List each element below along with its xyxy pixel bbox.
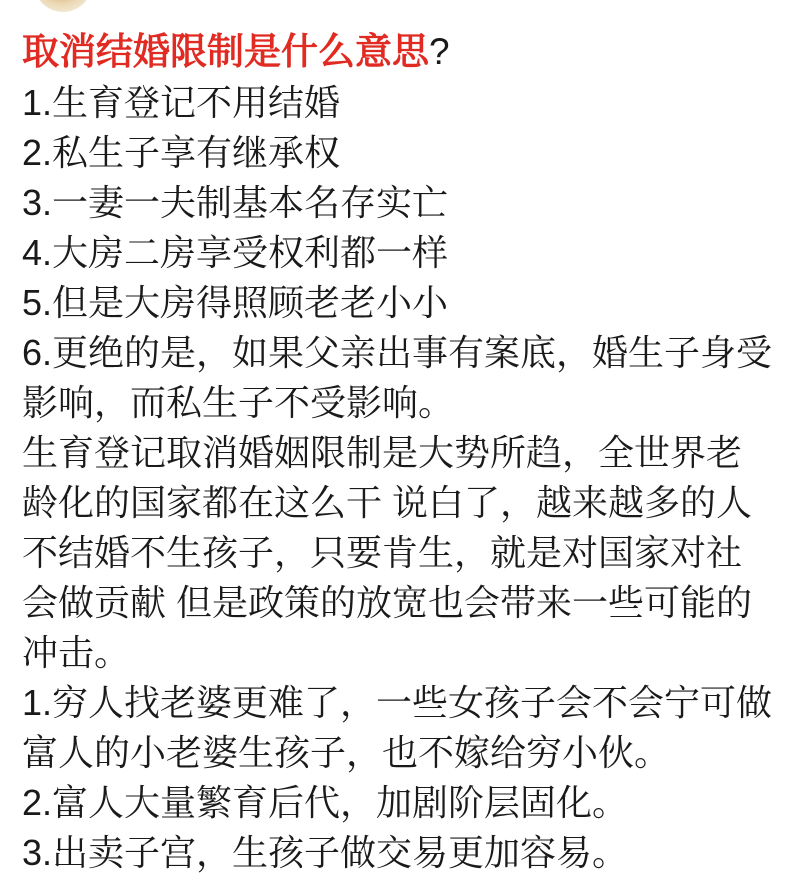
post-container: 取消结婚限制是什么意思? 1.生育登记不用结婚2.私生子享有继承权3.一妻一夫制… [0,0,800,881]
post-body: 1.生育登记不用结婚2.私生子享有继承权3.一妻一夫制基本名存实亡4.大房二房享… [22,78,784,878]
post-text-line: 富人的小老婆生孩子，也不嫁给穷小伙。 [22,728,784,778]
post-text-line: 1.穷人找老婆更难了，一些女孩子会不会宁可做 [22,678,784,728]
post-title: 取消结婚限制是什么意思? [22,26,784,78]
post-text-line: 1.生育登记不用结婚 [22,78,784,128]
post-text-line: 2.富人大量繁育后代，加剧阶层固化。 [22,778,784,828]
post-text-line: 3.一妻一夫制基本名存实亡 [22,178,784,228]
post-text-line: 4.大房二房享受权利都一样 [22,228,784,278]
post-text-line: 2.私生子享有继承权 [22,128,784,178]
post-title-question-mark: ? [429,31,450,72]
post-text-line: 3.出卖子宫，生孩子做交易更加容易。 [22,828,784,878]
post-text-line: 不结婚不生孩子，只要肯生，就是对国家对社 [22,528,784,578]
post-text-line: 影响，而私生子不受影响。 [22,378,784,428]
post-text-line: 冲击。 [22,628,784,678]
post-text-line: 5.但是大房得照顾老老小小 [22,278,784,328]
avatar[interactable] [34,0,92,12]
post-text-line: 6.更绝的是，如果父亲出事有案底，婚生子身受 [22,328,784,378]
post-text-line: 会做贡献 但是政策的放宽也会带来一些可能的 [22,578,784,628]
post-text-line: 龄化的国家都在这么干 说白了，越来越多的人 [22,478,784,528]
post-title-text: 取消结婚限制是什么意思 [22,31,429,72]
post-text-line: 生育登记取消婚姻限制是大势所趋，全世界老 [22,428,784,478]
